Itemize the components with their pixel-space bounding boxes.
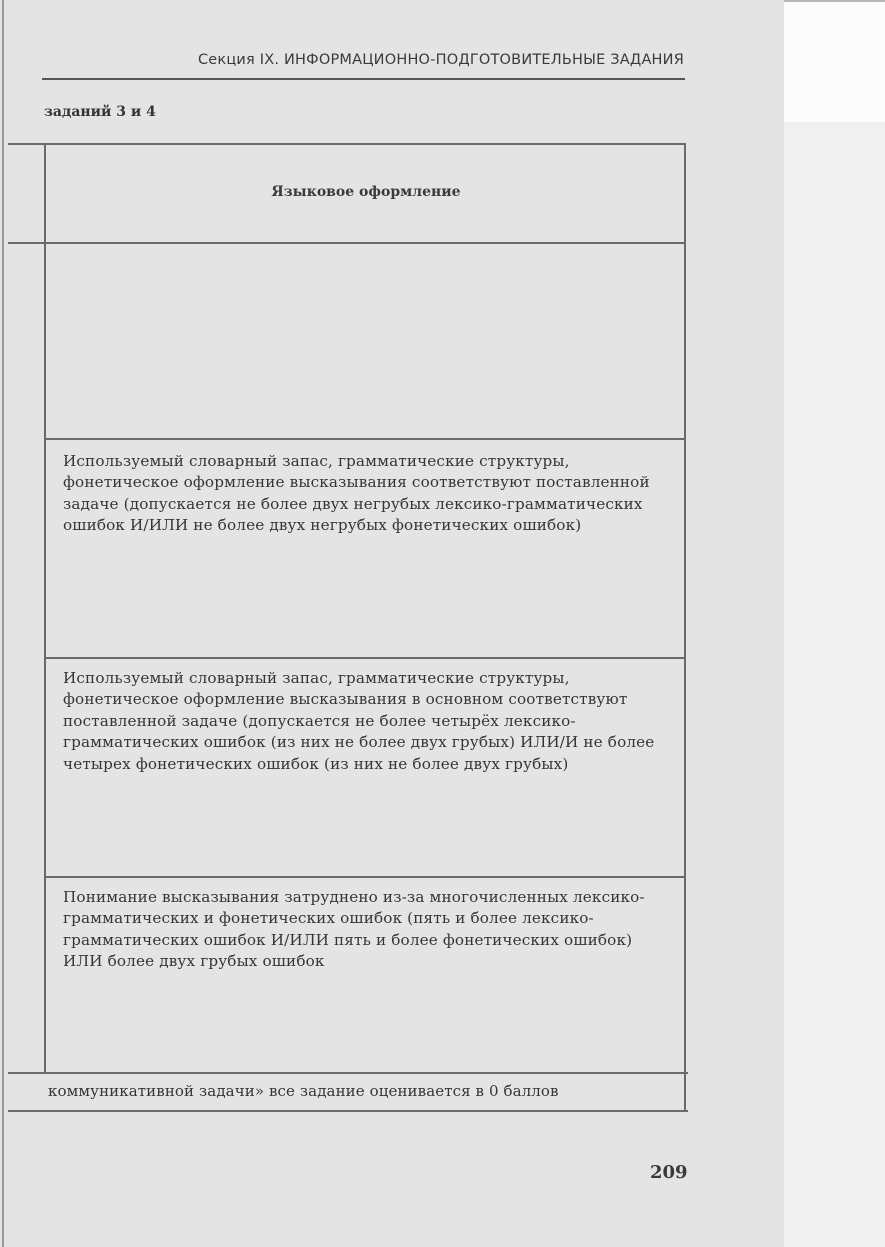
page-number: 209	[650, 1162, 688, 1183]
footer-top-border	[8, 1072, 688, 1074]
table-right-border	[684, 143, 686, 1112]
adjacent-page-margin	[784, 0, 885, 1247]
scan-binding-edge	[2, 0, 4, 1247]
row-divider-1	[46, 438, 686, 440]
criterion-row-medium: Используемый словарный запас, грамматиче…	[63, 668, 663, 775]
adjacent-page-corner	[784, 0, 885, 122]
running-head: Секция IX. ИНФОРМАЦИОННО-ПОДГОТОВИТЕЛЬНЫ…	[0, 52, 684, 68]
inner-column-border	[44, 143, 46, 1073]
table-bottom-border	[8, 1110, 688, 1112]
row-divider-2	[46, 657, 686, 659]
header-bottom-border	[8, 242, 686, 244]
criterion-row-low: Понимание высказывания затруднено из-за …	[63, 887, 673, 973]
column-header-language: Языковое оформление	[46, 184, 686, 200]
criterion-row-high: Используемый словарный запас, грамматиче…	[63, 451, 663, 537]
table-caption-fragment: заданий 3 и 4	[44, 104, 156, 120]
running-head-rule	[42, 78, 685, 80]
table-footer-note: коммуникативной задачи» все задание оцен…	[48, 1082, 559, 1100]
row-divider-3	[46, 876, 686, 878]
table-top-border	[8, 143, 686, 145]
